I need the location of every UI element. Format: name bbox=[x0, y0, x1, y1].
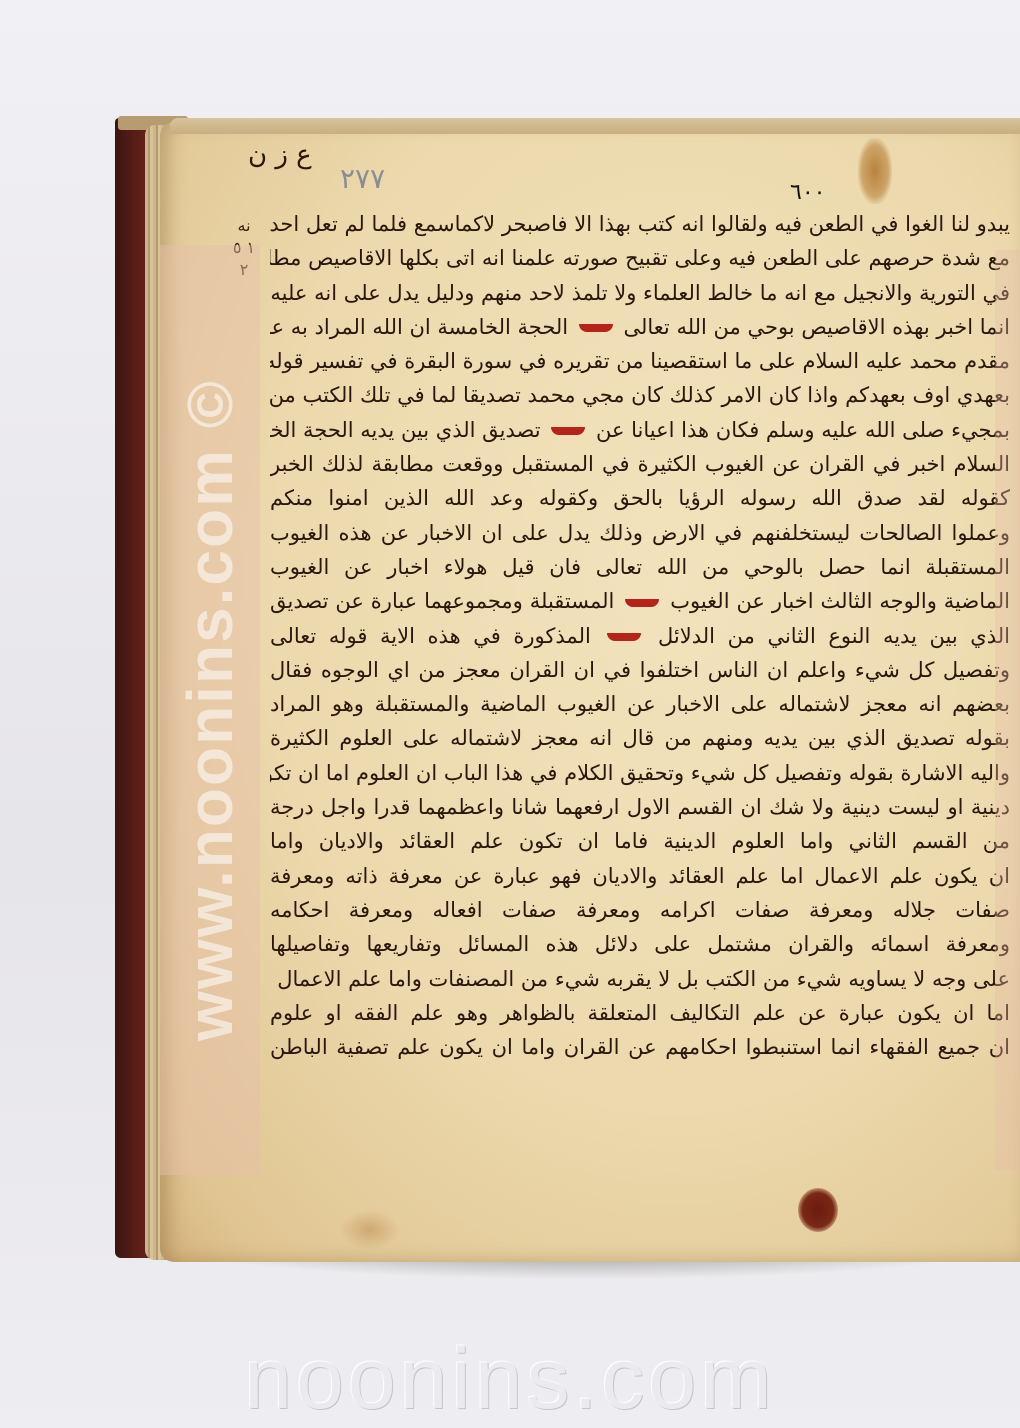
text-line: بعضهم انه معجز لاشتماله على الاخبار عن ا… bbox=[270, 687, 1010, 721]
manuscript-text-block: يبدو لنا الغوا في الطعن فيه ولقالوا انه … bbox=[270, 207, 1010, 1064]
rubric-mark bbox=[551, 427, 585, 435]
text-line: على وجه لا يساويه شيء من الكتب بل لا يقر… bbox=[270, 962, 1010, 996]
text-line: وعملوا الصالحات ليستخلفنهم في الارض وذلك… bbox=[270, 516, 1010, 550]
text-line: ان جميع الفقهاء انما استنبطوا احكامهم عن… bbox=[270, 1030, 1010, 1064]
text-line: واليه الاشارة بقوله وتفصيل كل شيء وتحقيق… bbox=[270, 756, 1010, 790]
catchword: ٦٠٠ bbox=[790, 180, 825, 205]
text-line: دينية او ليست دينية ولا شك ان القسم الاو… bbox=[270, 790, 1010, 824]
text-line: في التورية والانجيل مع انه ما خالط العلم… bbox=[270, 276, 1010, 310]
rubric-mark bbox=[625, 599, 659, 607]
text-line: انما اخبر بهذه الاقاصيص بوحي من الله تعا… bbox=[270, 310, 1010, 344]
text-line: ومعرفة اسمائه والقران مشتمل على دلائل هذ… bbox=[270, 927, 1010, 961]
text-line: كقوله لقد صدق الله رسوله الرؤيا بالحق وك… bbox=[270, 481, 1010, 515]
text-line: المستقبلة انما حصل بالوحي من الله تعالى … bbox=[270, 550, 1010, 584]
water-stain-top bbox=[858, 138, 892, 204]
text-line: مقدم محمد عليه السلام على ما استقصينا من… bbox=[270, 344, 1010, 378]
text-line: ان يكون علم الاعمال اما علم العقائد والا… bbox=[270, 859, 1010, 893]
text-line: بقوله تصديق الذي بين يديه ومنهم من قال ا… bbox=[270, 721, 1010, 755]
text-line: الماضية والوجه الثالث اخبار عن الغيوب ال… bbox=[270, 584, 1010, 618]
folio-pencil-number: ٢٧٧ bbox=[340, 162, 385, 195]
text-line: مع شدة حرصهم على الطعن فيه وعلى تقبيح صو… bbox=[270, 241, 1010, 275]
watermark-vertical: www.noonins.com © bbox=[160, 245, 260, 1175]
text-line: صفات جلاله ومعرفة صفات اكرامه ومعرفة صفا… bbox=[270, 893, 1010, 927]
text-line: وتفصيل كل شيء واعلم ان الناس اختلفوا في … bbox=[270, 653, 1010, 687]
watermark-bottom: noonins.com bbox=[0, 1330, 1020, 1428]
rubric-mark bbox=[579, 324, 613, 332]
page-top-edge bbox=[170, 118, 1020, 134]
text-line: اما ان يكون عبارة عن علم التكاليف المتعل… bbox=[270, 996, 1010, 1030]
text-line: يبدو لنا الغوا في الطعن فيه ولقالوا انه … bbox=[270, 207, 1010, 241]
watermark-vertical-text: www.noonins.com © bbox=[173, 379, 247, 1041]
text-line: بمجيء صلى الله عليه وسلم فكان هذا اعيانا… bbox=[270, 413, 1010, 447]
text-line: بعهدي اوف بعهدكم واذا كان الامر كذلك كان… bbox=[270, 378, 1010, 412]
folio-ink-annotation: ع ز ن bbox=[248, 140, 312, 170]
rubric-mark bbox=[607, 633, 641, 641]
watermark-right-strip bbox=[995, 250, 1020, 1170]
text-line: من القسم الثاني واما العلوم الدينية فاما… bbox=[270, 824, 1010, 858]
text-line: السلام اخبر في القران عن الغيوب الكثيرة … bbox=[270, 447, 1010, 481]
text-line: الذي بين يديه النوع الثاني من الدلائل ال… bbox=[270, 619, 1010, 653]
ink-blot bbox=[798, 1188, 838, 1232]
foxing-stain bbox=[340, 1210, 400, 1250]
